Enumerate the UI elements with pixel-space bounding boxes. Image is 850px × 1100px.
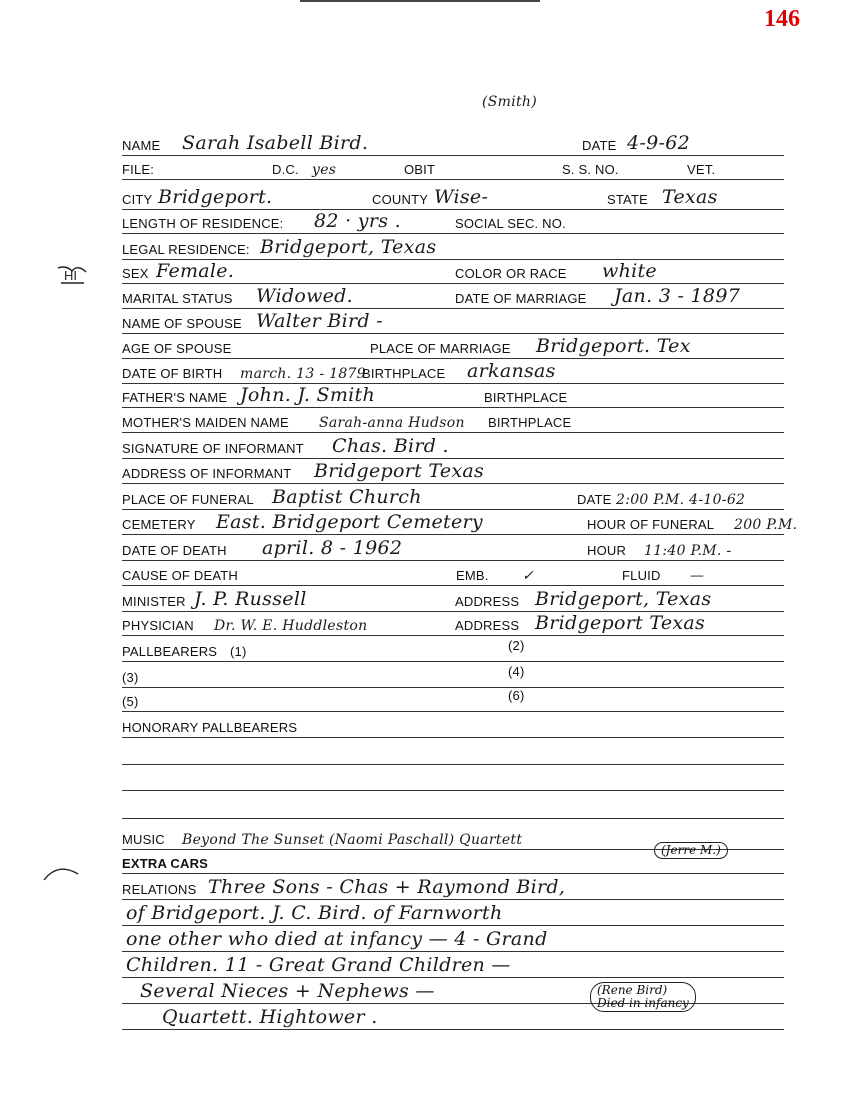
relations-note-detail: Died in infancy: [597, 997, 689, 1010]
fluid-label: FLUID: [622, 568, 661, 583]
place-of-funeral-label: PLACE OF FUNERAL: [122, 492, 254, 507]
vet-label: VET.: [687, 162, 715, 177]
city-label: CITY: [122, 192, 152, 207]
row-name: NAME Sarah Isabell Bird. DATE 4-9-62: [122, 132, 784, 156]
relations-line[interactable]: Quartett. Hightower .: [162, 1006, 378, 1028]
page-number: 146: [764, 6, 800, 33]
sex-value[interactable]: Female.: [156, 260, 234, 282]
minister-address-value[interactable]: Bridgeport, Texas: [535, 588, 711, 610]
blank-line: [122, 764, 784, 765]
cemetery-value[interactable]: East. Bridgeport Cemetery: [216, 511, 483, 533]
legal-residence-value[interactable]: Bridgeport, Texas: [260, 236, 436, 258]
physician-address-label: ADDRESS: [455, 618, 519, 633]
cemetery-label: CEMETERY: [122, 517, 196, 532]
city-value[interactable]: Bridgeport.: [158, 186, 272, 208]
music-label: MUSIC: [122, 832, 165, 847]
date-value[interactable]: 4-9-62: [627, 132, 690, 154]
blank-line: [122, 790, 784, 791]
row-relations-4: Children. 11 - Great Grand Children —: [122, 954, 784, 978]
state-label: STATE: [607, 192, 648, 207]
length-of-residence-value[interactable]: 82 · yrs .: [314, 210, 401, 232]
hour-value[interactable]: 11:40 P.M. -: [644, 543, 731, 559]
date-of-death-value[interactable]: april. 8 - 1962: [262, 537, 402, 559]
color-or-race-value[interactable]: white: [602, 260, 657, 282]
place-of-marriage-label: PLACE OF MARRIAGE: [370, 341, 511, 356]
pallbearer-slot-2: (2): [508, 638, 525, 653]
row-birth: DATE OF BIRTH march. 13 - 1879 BIRTHPLAC…: [122, 360, 784, 384]
legal-residence-label: LEGAL RESIDENCE:: [122, 242, 250, 257]
row-mother: MOTHER'S MAIDEN NAME Sarah-anna Hudson B…: [122, 409, 784, 433]
pallbearer-slot-6: (6): [508, 688, 525, 703]
date-of-death-label: DATE OF DEATH: [122, 543, 227, 558]
mothers-maiden-name-label: MOTHER'S MAIDEN NAME: [122, 415, 289, 430]
music-value[interactable]: Beyond The Sunset (Naomi Paschall) Quart…: [182, 832, 522, 848]
county-value[interactable]: Wise-: [434, 186, 488, 208]
place-of-funeral-value[interactable]: Baptist Church: [272, 486, 422, 508]
curve-mark-icon: [40, 862, 82, 884]
relations-note: (Rene Bird) Died in infancy: [590, 982, 696, 1012]
obit-label: OBIT: [404, 162, 435, 177]
relations-line[interactable]: Three Sons - Chas + Raymond Bird,: [208, 876, 565, 898]
row-sex: SEX Female. COLOR OR RACE white: [122, 260, 784, 284]
birthplace-value[interactable]: arkansas: [467, 360, 556, 382]
pallbearer-slot-1: (1): [230, 644, 247, 659]
name-of-spouse-value[interactable]: Walter Bird -: [256, 310, 383, 332]
funeral-date-label: DATE: [577, 492, 612, 507]
date-of-birth-label: DATE OF BIRTH: [122, 366, 222, 381]
fluid-value[interactable]: —: [690, 568, 704, 584]
row-informant-address: ADDRESS OF INFORMANT Bridgeport Texas: [122, 460, 784, 484]
row-extra-cars: EXTRA CARS: [122, 850, 784, 874]
extra-cars-label: EXTRA CARS: [122, 856, 208, 871]
row-spouse-name: NAME OF SPOUSE Walter Bird -: [122, 310, 784, 334]
date-of-marriage-label: DATE OF MARRIAGE: [455, 291, 587, 306]
name-value[interactable]: Sarah Isabell Bird.: [182, 132, 368, 154]
name-of-spouse-label: NAME OF SPOUSE: [122, 316, 242, 331]
physician-address-value[interactable]: Bridgeport Texas: [535, 612, 705, 634]
color-or-race-label: COLOR OR RACE: [455, 266, 567, 281]
row-marital-status: MARITAL STATUS Widowed. DATE OF MARRIAGE…: [122, 285, 784, 309]
marital-status-value[interactable]: Widowed.: [256, 285, 353, 307]
row-cemetery: CEMETERY East. Bridgeport Cemetery HOUR …: [122, 511, 784, 535]
scan-edge-rule: [300, 0, 540, 2]
age-of-spouse-label: AGE OF SPOUSE: [122, 341, 232, 356]
marital-status-label: MARITAL STATUS: [122, 291, 233, 306]
margin-mark-text: HI: [64, 268, 77, 283]
fathers-name-label: FATHER'S NAME: [122, 390, 227, 405]
fathers-name-value[interactable]: John. J. Smith: [240, 384, 375, 406]
father-birthplace-label: BIRTHPLACE: [484, 390, 567, 405]
social-sec-no-label: SOCIAL SEC. NO.: [455, 216, 566, 231]
address-of-informant-value[interactable]: Bridgeport Texas: [314, 460, 484, 482]
row-pallbearers-1: PALLBEARERS (1) (2): [122, 638, 784, 662]
physician-label: PHYSICIAN: [122, 618, 194, 633]
birthplace-label: BIRTHPLACE: [362, 366, 445, 381]
row-relations-2: of Bridgeport. J. C. Bird. of Farnworth: [122, 902, 784, 926]
hour-label: HOUR: [587, 543, 626, 558]
dc-label: D.C.: [272, 162, 299, 177]
row-informant-signature: SIGNATURE OF INFORMANT Chas. Bird .: [122, 435, 784, 459]
name-label: NAME: [122, 138, 160, 153]
row-residence-length: LENGTH OF RESIDENCE: 82 · yrs . SOCIAL S…: [122, 210, 784, 234]
minister-value[interactable]: J. P. Russell: [194, 588, 307, 610]
sex-label: SEX: [122, 266, 149, 281]
dc-value[interactable]: yes: [312, 162, 336, 178]
relations-line[interactable]: Several Nieces + Nephews —: [140, 980, 435, 1002]
relations-label: RELATIONS: [122, 882, 197, 897]
minister-label: MINISTER: [122, 594, 186, 609]
row-relations-3: one other who died at infancy — 4 - Gran…: [122, 928, 784, 952]
row-spouse-age: AGE OF SPOUSE PLACE OF MARRIAGE Bridgepo…: [122, 335, 784, 359]
minister-address-label: ADDRESS: [455, 594, 519, 609]
funeral-date-value[interactable]: 2:00 P.M. 4-10-62: [616, 492, 745, 508]
row-file: FILE: D.C. yes OBIT S. S. NO. VET.: [122, 156, 784, 180]
margin-mark: HI: [56, 262, 90, 287]
relations-line[interactable]: Children. 11 - Great Grand Children —: [126, 954, 511, 976]
row-funeral-place: PLACE OF FUNERAL Baptist Church DATE 2:0…: [122, 486, 784, 510]
state-value[interactable]: Texas: [662, 186, 718, 208]
margin-scribble: [40, 862, 82, 887]
date-label: DATE: [582, 138, 617, 153]
place-of-marriage-value[interactable]: Bridgeport. Tex: [536, 335, 691, 357]
emb-label: EMB.: [456, 568, 489, 583]
file-label: FILE:: [122, 162, 154, 177]
pallbearer-slot-5: (5): [122, 694, 139, 709]
date-of-birth-value[interactable]: march. 13 - 1879: [240, 366, 366, 382]
cause-of-death-label: CAUSE OF DEATH: [122, 568, 238, 583]
pallbearer-slot-4: (4): [508, 664, 525, 679]
relations-line[interactable]: of Bridgeport. J. C. Bird. of Farnworth: [126, 902, 503, 924]
row-physician: PHYSICIAN Dr. W. E. Huddleston ADDRESS B…: [122, 612, 784, 636]
row-minister: MINISTER J. P. Russell ADDRESS Bridgepor…: [122, 588, 784, 612]
emb-checkmark[interactable]: ✓: [522, 568, 534, 584]
address-of-informant-label: ADDRESS OF INFORMANT: [122, 466, 291, 481]
row-pallbearers-3: (5) (6): [122, 688, 784, 712]
signature-of-informant-value[interactable]: Chas. Bird .: [332, 435, 449, 457]
pallbearers-label: PALLBEARERS: [122, 644, 217, 659]
mothers-maiden-name-value[interactable]: Sarah-anna Hudson: [319, 415, 465, 431]
county-label: COUNTY: [372, 192, 428, 207]
date-of-marriage-value[interactable]: Jan. 3 - 1897: [614, 285, 740, 307]
row-honorary-pallbearers: HONORARY PALLBEARERS: [122, 714, 784, 738]
blank-line: [122, 818, 784, 819]
row-city: CITY Bridgeport. COUNTY Wise- STATE Texa…: [122, 186, 784, 210]
pallbearer-slot-3: (3): [122, 670, 139, 685]
relations-line[interactable]: one other who died at infancy — 4 - Gran…: [126, 928, 548, 950]
mother-birthplace-label: BIRTHPLACE: [488, 415, 571, 430]
signature-of-informant-label: SIGNATURE OF INFORMANT: [122, 441, 304, 456]
row-relations: RELATIONS Three Sons - Chas + Raymond Bi…: [122, 876, 784, 900]
row-pallbearers-2: (3) (4): [122, 664, 784, 688]
row-legal-residence: LEGAL RESIDENCE: Bridgeport, Texas: [122, 236, 784, 260]
row-death-date: DATE OF DEATH april. 8 - 1962 HOUR 11:40…: [122, 537, 784, 561]
length-of-residence-label: LENGTH OF RESIDENCE:: [122, 216, 283, 231]
ss-no-label: S. S. NO.: [562, 162, 619, 177]
honorary-pallbearers-label: HONORARY PALLBEARERS: [122, 720, 297, 735]
hour-of-funeral-value[interactable]: 200 P.M.: [734, 517, 797, 533]
physician-value[interactable]: Dr. W. E. Huddleston: [214, 618, 367, 634]
hour-of-funeral-label: HOUR OF FUNERAL: [587, 517, 714, 532]
row-cause: CAUSE OF DEATH EMB. ✓ FLUID —: [122, 562, 784, 586]
row-father: FATHER'S NAME John. J. Smith BIRTHPLACE: [122, 384, 784, 408]
